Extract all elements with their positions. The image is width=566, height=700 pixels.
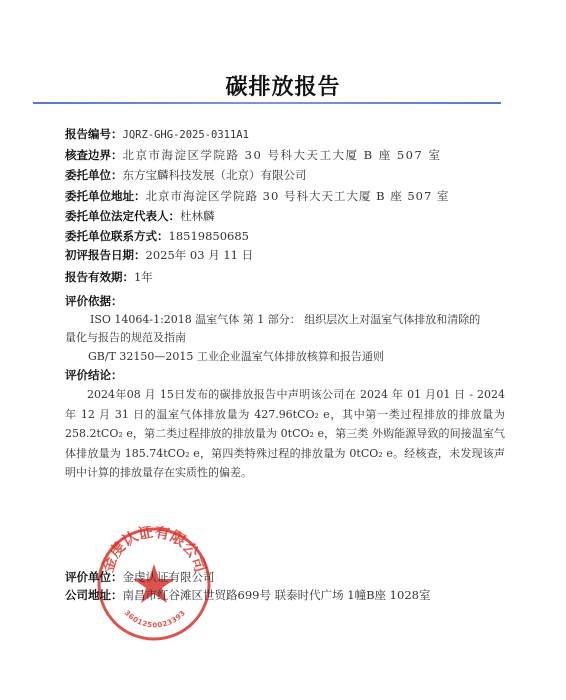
field-label: 委托单位：	[65, 168, 123, 182]
svg-text:3601250023393: 3601250023393	[123, 609, 188, 630]
field-report-date: 初评报告日期：2025年 03 月 11 日	[65, 248, 253, 262]
title-divider	[33, 102, 501, 104]
field-value: 18519850685	[169, 229, 249, 243]
conclusion-heading-text: 评价结论：	[65, 368, 123, 382]
field-value: 2025年 03 月 11 日	[146, 248, 254, 262]
field-label: 委托单位法定代表人：	[65, 209, 180, 223]
basis-item-2-line1: GB/T 32150—2015 工业企业温室气体排放核算和报告通则	[88, 350, 384, 364]
field-label: 核查边界：	[65, 148, 123, 162]
field-verification-boundary: 核查边界：北京市海淀区学院路 30 号科大天工大厦 B 座 507 室	[65, 148, 441, 162]
basis-heading-text: 评价依据：	[65, 294, 123, 308]
evaluator-unit: 评价单位：金虔认证有限公司	[65, 570, 215, 584]
field-value: JQRZ-GHG-2025-0311A1	[123, 129, 249, 141]
basis-item-1-line2: 量化与报告的规范及指南	[65, 331, 186, 345]
field-label: 委托单位地址：	[65, 189, 146, 203]
basis-heading: 评价依据：	[65, 294, 123, 308]
official-seal-icon: 金虔认证有限公司 3601250023393	[96, 526, 212, 642]
field-report-number: 报告编号：JQRZ-GHG-2025-0311A1	[65, 127, 249, 142]
document-title: 碳排放报告	[0, 70, 566, 101]
field-client: 委托单位：东方宝麟科技发展（北京）有限公司	[65, 168, 307, 182]
field-validity: 报告有效期：1年	[65, 270, 153, 284]
conclusion-heading: 评价结论：	[65, 368, 123, 382]
field-value: 南昌市红谷滩区世贸路699号 联泰时代广场 1幢B座 1028室	[123, 588, 431, 602]
evaluator-address: 公司地址：南昌市红谷滩区世贸路699号 联泰时代广场 1幢B座 1028室	[65, 588, 430, 602]
conclusion-paragraph: 2024年08 月 15日发布的碳排放报告中声明该公司在 2024 年 01 月…	[65, 385, 505, 483]
field-label: 公司地址：	[65, 588, 123, 602]
field-legal-representative: 委托单位法定代表人：杜林麟	[65, 209, 215, 223]
field-value: 东方宝麟科技发展（北京）有限公司	[123, 168, 307, 182]
field-contact: 委托单位联系方式：18519850685	[65, 229, 249, 243]
field-value: 金虔认证有限公司	[123, 570, 215, 584]
field-value: 北京市海淀区学院路 30 号科大天工大厦 B 座 507 室	[123, 148, 442, 162]
field-value: 北京市海淀区学院路 30 号科大天工大厦 B 座 507 室	[146, 189, 450, 203]
field-label: 初评报告日期：	[65, 248, 146, 262]
field-value: 1年	[134, 270, 153, 284]
field-client-address: 委托单位地址：北京市海淀区学院路 30 号科大天工大厦 B 座 507 室	[65, 189, 449, 203]
basis-item-1-line1: ISO 14064-1:2018 温室气体 第 1 部分： 组织层次上对温室气体…	[90, 313, 480, 327]
field-value: 杜林麟	[180, 209, 215, 223]
field-label: 委托单位联系方式：	[65, 229, 169, 243]
field-label: 报告有效期：	[65, 270, 134, 284]
field-label: 报告编号：	[65, 127, 123, 141]
field-label: 评价单位：	[65, 570, 123, 584]
